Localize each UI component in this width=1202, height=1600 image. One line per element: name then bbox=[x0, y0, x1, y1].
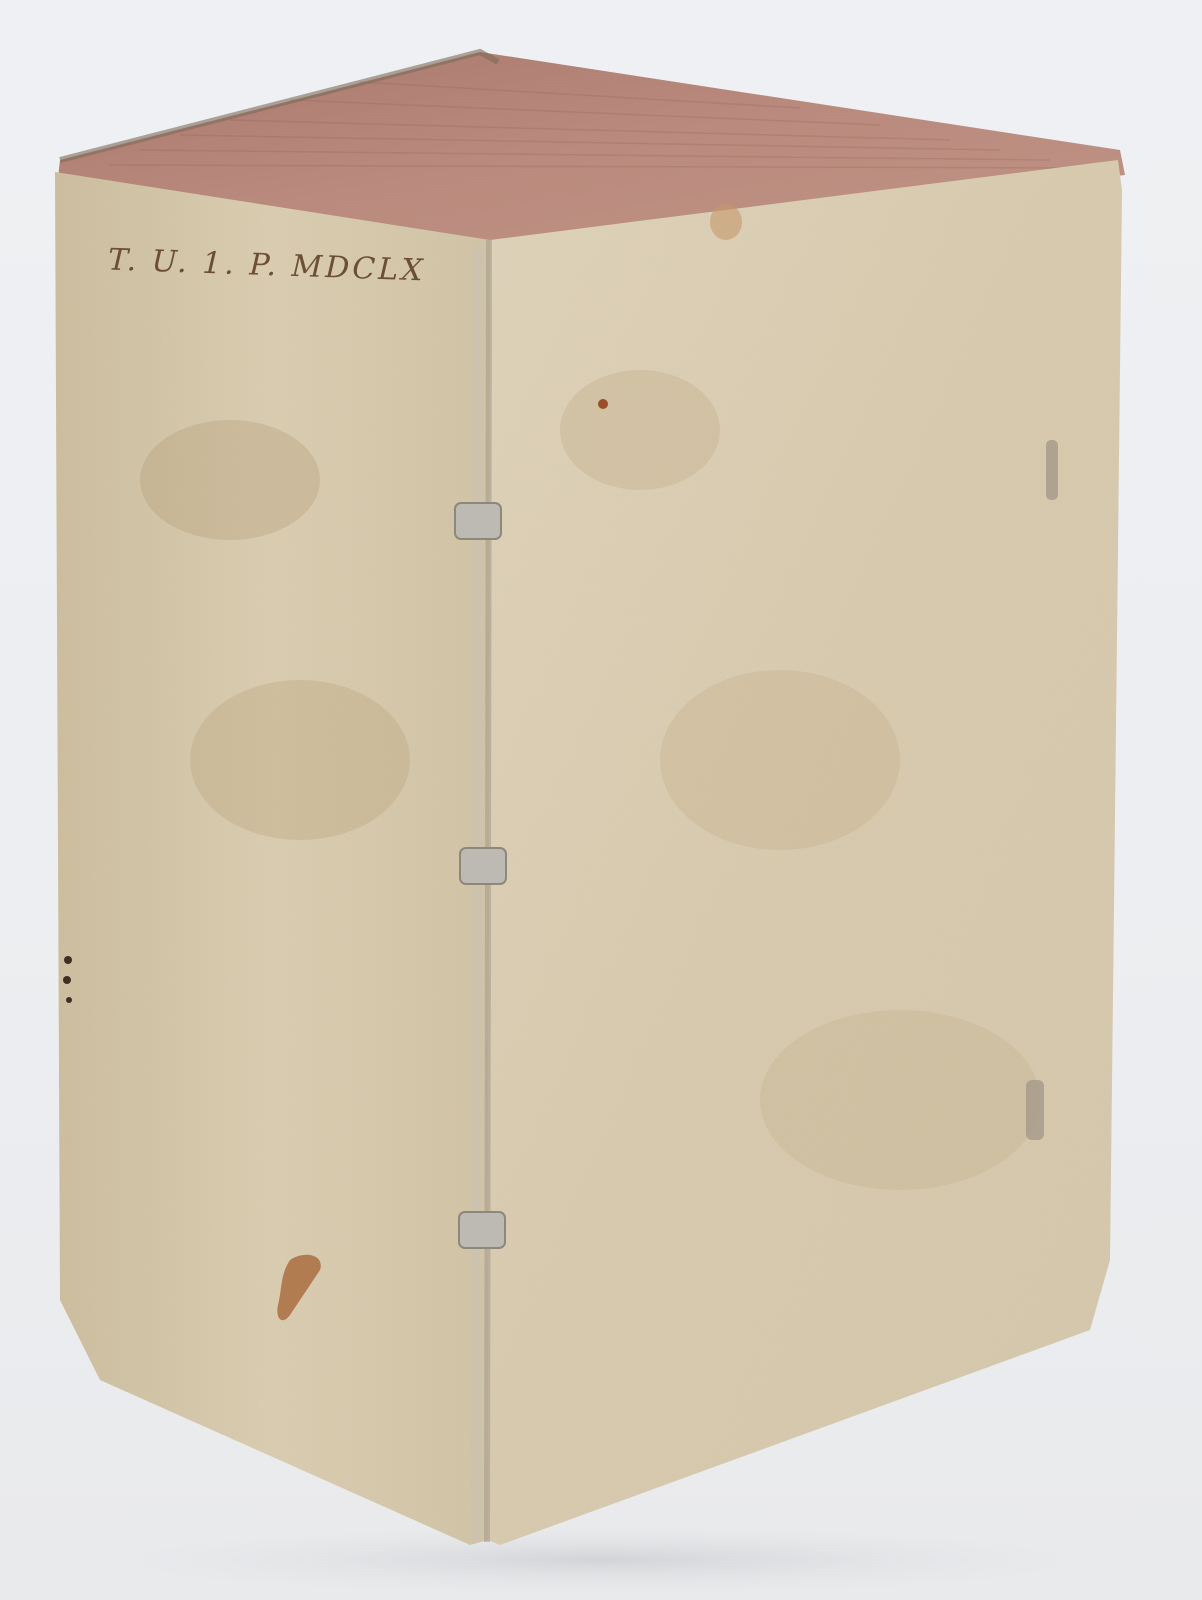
top-stain bbox=[710, 204, 742, 240]
fore-edge-tie-bottom bbox=[1026, 1080, 1044, 1140]
sewing-tab-bottom bbox=[459, 1212, 505, 1248]
book-photo: T. U. 1. P. MDCLX bbox=[0, 0, 1202, 1600]
book-illustration bbox=[0, 0, 1202, 1600]
sewing-tab-top bbox=[455, 503, 501, 539]
fore-edge-tie-top bbox=[1046, 440, 1058, 500]
red-spot bbox=[598, 399, 608, 409]
floor-shadow bbox=[40, 1520, 1160, 1600]
spine-joint bbox=[487, 240, 489, 1542]
sewing-tab-middle bbox=[460, 848, 506, 884]
